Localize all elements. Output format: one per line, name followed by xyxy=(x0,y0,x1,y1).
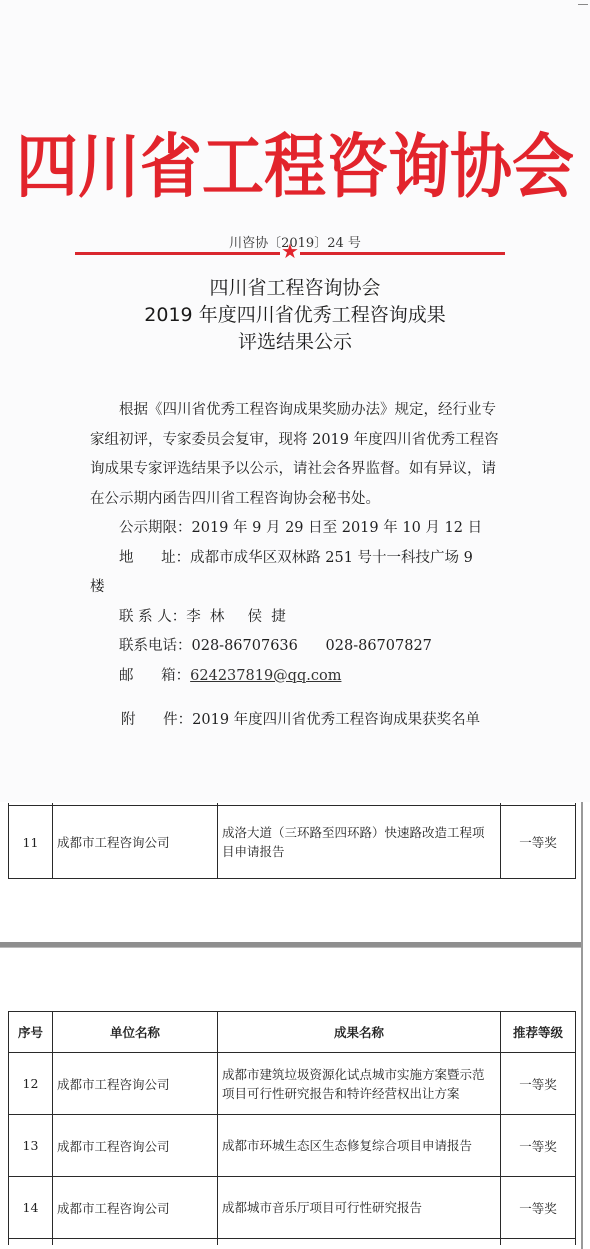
page-edge-mark xyxy=(578,4,588,5)
achievement-name: 成都市建筑垃圾资源化试点城市实施方案暨示范项目可行性研究报告和特许经营权出让方案 xyxy=(218,1053,501,1115)
email-label: 邮 箱： xyxy=(119,668,190,684)
unit-name: 成都市工程咨询公司 xyxy=(53,1177,218,1239)
address-label: 地 址： xyxy=(119,550,190,566)
table-header-row: 序号 单位名称 成果名称 推荐等级 xyxy=(9,1012,576,1053)
contact-value: 李 林 侯 捷 xyxy=(186,609,285,625)
award-level: 一等奖 xyxy=(501,1115,576,1177)
header-level: 推荐等级 xyxy=(501,1012,576,1053)
header-unit: 单位名称 xyxy=(53,1012,218,1053)
notice-title: 四川省工程咨询协会 2019 年度四川省优秀工程咨询成果 评选结果公示 xyxy=(0,275,590,356)
table-row: 14 成都市工程咨询公司 成都城市音乐厅项目可行性研究报告 一等奖 xyxy=(9,1177,576,1239)
table-row: 12 成都市工程咨询公司 成都市建筑垃圾资源化试点城市实施方案暨示范项目可行性研… xyxy=(9,1053,576,1115)
table-row-cutoff xyxy=(9,1239,576,1246)
address-continuation: 楼 xyxy=(90,573,510,603)
address-value: 成都市成华区双林路 251 号十一科技广场 9 xyxy=(190,550,473,566)
award-table-fragment: 11 成都市工程咨询公司 成洛大道（三环路至四环路）快速路改造工程项目申请报告 … xyxy=(8,803,576,879)
contact-line: 联 系 人：李 林 侯 捷 xyxy=(90,603,510,633)
achievement-name: 成洛大道（三环路至四环路）快速路改造工程项目申请报告 xyxy=(218,806,501,879)
row-number: 13 xyxy=(9,1115,53,1177)
unit-name: 成都市工程咨询公司 xyxy=(53,1053,218,1115)
attachment-line: 附 件：2019 年度四川省优秀工程咨询成果获奖名单 xyxy=(121,708,480,729)
notice-paragraph: 根据《四川省优秀工程咨询成果奖励办法》规定，经行业专家组初评，专家委员会复审，现… xyxy=(90,396,510,514)
title-line-3: 评选结果公示 xyxy=(0,329,590,356)
contact-label: 联 系 人： xyxy=(119,609,186,625)
row-number: 11 xyxy=(9,806,53,879)
achievement-name: 成都城市音乐厅项目可行性研究报告 xyxy=(218,1177,501,1239)
award-level: 一等奖 xyxy=(501,1053,576,1115)
table-row: 13 成都市工程咨询公司 成都市环城生态区生态修复综合项目申请报告 一等奖 xyxy=(9,1115,576,1177)
header-name: 成果名称 xyxy=(218,1012,501,1053)
award-table: 序号 单位名称 成果名称 推荐等级 12 成都市工程咨询公司 成都市建筑垃圾资源… xyxy=(8,1011,576,1245)
notice-body: 根据《四川省优秀工程咨询成果奖励办法》规定，经行业专家组初评，专家委员会复审，现… xyxy=(90,396,510,691)
header-no: 序号 xyxy=(9,1012,53,1053)
page-right-edge xyxy=(581,802,583,1249)
phone-line: 联系电话：028-86707636 028-86707827 xyxy=(90,632,510,662)
table-row: 11 成都市工程咨询公司 成洛大道（三环路至四环路）快速路改造工程项目申请报告 … xyxy=(9,806,576,879)
title-line-2: 2019 年度四川省优秀工程咨询成果 xyxy=(0,302,590,329)
unit-name: 成都市工程咨询公司 xyxy=(53,1115,218,1177)
award-level: 一等奖 xyxy=(501,1177,576,1239)
publication-period: 公示期限：2019 年 9 月 29 日至 2019 年 10 月 12 日 xyxy=(90,514,510,544)
row-number: 14 xyxy=(9,1177,53,1239)
email-line: 邮 箱：624237819@qq.com xyxy=(90,662,510,692)
award-level: 一等奖 xyxy=(501,806,576,879)
star-icon: ★ xyxy=(279,240,301,262)
address-line: 地 址：成都市成华区双林路 251 号十一科技广场 9 xyxy=(90,544,510,574)
letterhead-title: 四川省工程咨询协会 xyxy=(0,128,590,206)
red-rule-right xyxy=(300,252,505,255)
red-rule-left xyxy=(75,252,280,255)
row-number: 12 xyxy=(9,1053,53,1115)
page-separator xyxy=(0,942,583,948)
phone-label: 联系电话： xyxy=(119,638,192,654)
achievement-name: 成都市环城生态区生态修复综合项目申请报告 xyxy=(218,1115,501,1177)
unit-name: 成都市工程咨询公司 xyxy=(53,806,218,879)
phone-value: 028-86707636 028-86707827 xyxy=(192,638,432,654)
scanned-notice-page: 四川省工程咨询协会 川咨协〔2019〕24 号 ★ 四川省工程咨询协会 2019… xyxy=(0,0,590,802)
title-line-1: 四川省工程咨询协会 xyxy=(0,275,590,302)
email-link[interactable]: 624237819@qq.com xyxy=(190,668,341,684)
